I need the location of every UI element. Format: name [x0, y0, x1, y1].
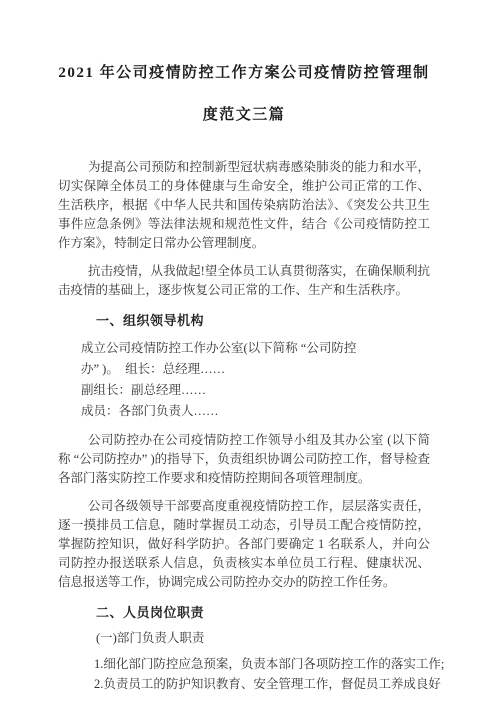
document-title: 2021 年公司疫情防控工作方案公司疫情防控管理制 度范文三篇 — [58, 52, 430, 136]
paragraph-control-office: 公司防控办在公司疫情防控工作领导小组及其办公室 (以下简称 “公司防控办” )的… — [58, 431, 430, 488]
section-2-subheading: (一)部门负责人职责 — [96, 629, 430, 648]
paragraph-leaders-duty: 公司各级领导干部要高度重视疫情防控工作，层层落实责任，逐一摸排员工信息，随时掌握… — [58, 497, 430, 592]
title-line-2: 度范文三篇 — [58, 94, 430, 136]
org-line-leader: 办” )。 组长：总经理…… — [81, 359, 430, 380]
org-line-deputy-leader: 副组长：副总经理…… — [81, 380, 430, 401]
section-1-heading: 一、组织领导机构 — [96, 310, 430, 329]
org-structure-block: 成立公司疫情防控工作办公室(以下简称 “公司防控 办” )。 组长：总经理…… … — [81, 338, 430, 422]
paragraph-fight-epidemic: 抗击疫情，从我做起!望全体员工认真贯彻落实，在确保顺利抗击疫情的基础上，逐步恢复… — [58, 262, 430, 300]
title-line-1: 2021 年公司疫情防控工作方案公司疫情防控管理制 — [58, 52, 430, 94]
org-line-office: 成立公司疫情防控工作办公室(以下简称 “公司防控 — [81, 338, 430, 359]
document-page: 2021 年公司疫情防控工作方案公司疫情防控管理制 度范文三篇 为提高公司预防和… — [0, 0, 500, 707]
section-2-heading: 二、人员岗位职责 — [96, 602, 430, 621]
duty-item-2: 2.负责员工的防护知识教育、安全管理工作，督促员工养成良好 — [94, 675, 430, 694]
duty-item-1: 1.细化部门防控应急预案，负责本部门各项防控工作的落实工作; — [94, 655, 430, 674]
paragraph-intro: 为提高公司预防和控制新型冠状病毒感染肺炎的能力和水平，切实保障全体员工的身体健康… — [58, 158, 430, 253]
org-line-members: 成员：各部门负责人…… — [81, 401, 430, 422]
